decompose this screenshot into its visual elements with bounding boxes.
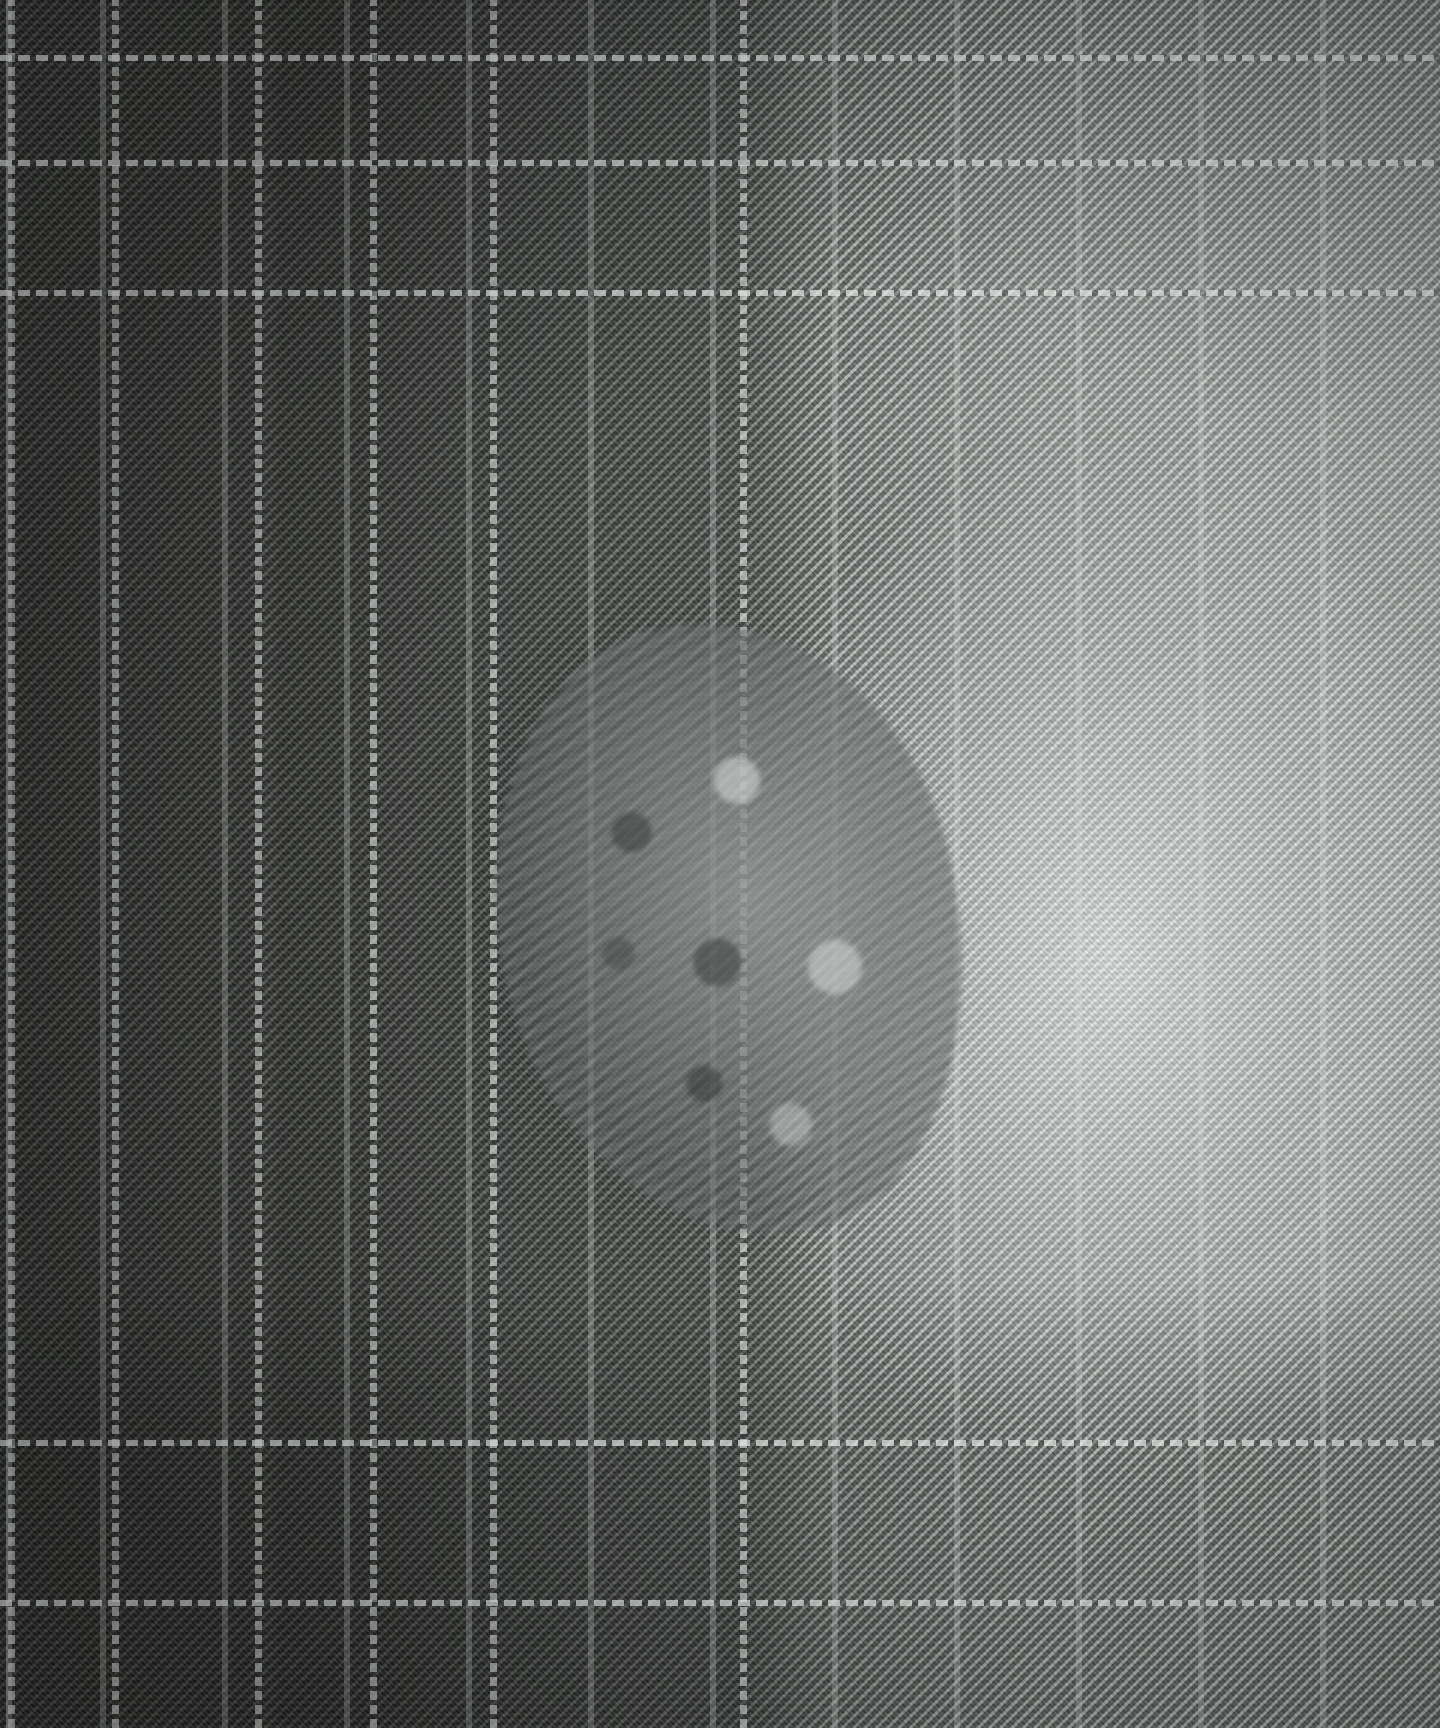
fabric-photo: Diagonal twill weave in charcoal and off… (0, 0, 1440, 1728)
vignette (0, 0, 1440, 1728)
